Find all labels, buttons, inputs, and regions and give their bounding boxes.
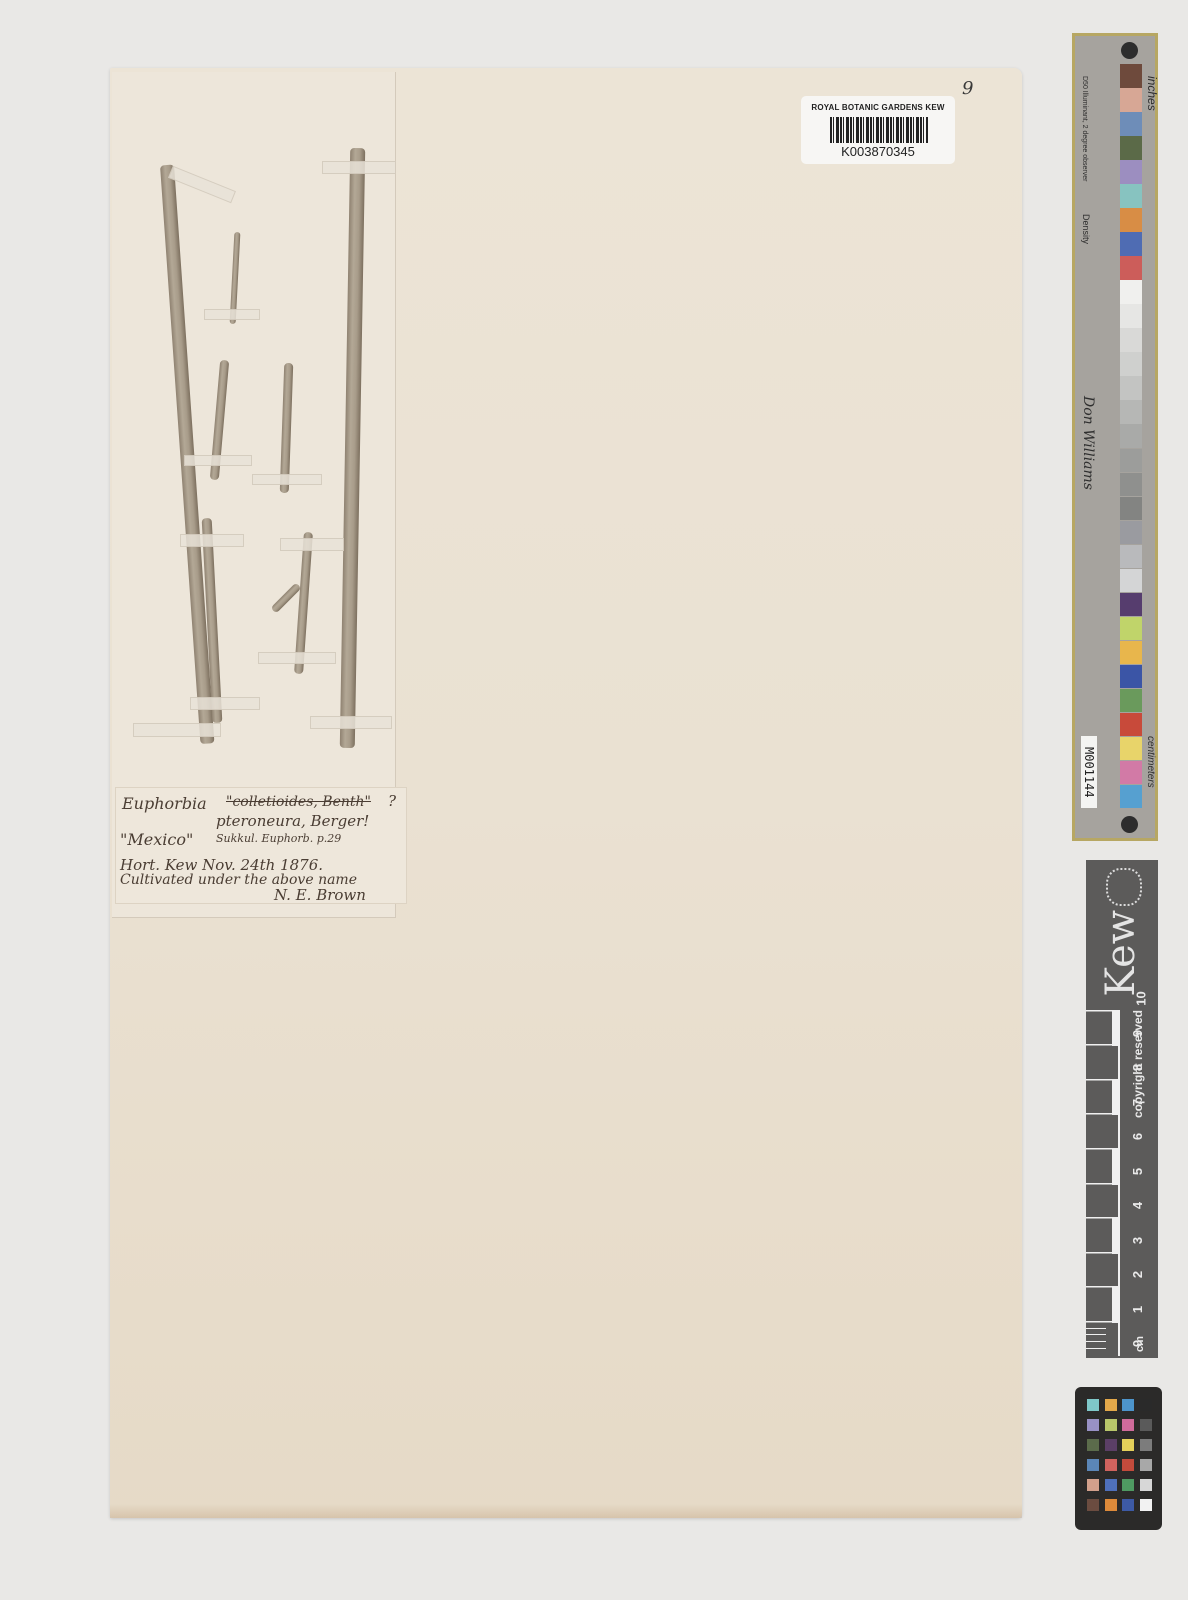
ruler-bottom-label: centimeters [1145, 736, 1156, 788]
color-swatch [1120, 761, 1142, 785]
cm-tick-label: 5 [1130, 1167, 1145, 1174]
color-swatch [1120, 280, 1142, 304]
color-checker-cell [1087, 1419, 1099, 1431]
kew-scale-bar: Kew copyright reserved 012345678910 cm [1086, 860, 1158, 1358]
color-swatch [1120, 521, 1142, 545]
color-checker-cell [1122, 1419, 1134, 1431]
cm-tick-label: 1 [1130, 1305, 1145, 1312]
color-swatch [1120, 593, 1142, 617]
tape [180, 534, 244, 547]
color-swatch [1120, 304, 1142, 328]
color-swatch [1120, 352, 1142, 376]
color-swatch [1120, 449, 1142, 473]
tape [133, 723, 221, 737]
epithet-text: pteroneura, Berger! [216, 812, 369, 830]
color-checker-cell [1105, 1419, 1117, 1431]
color-checker-cell [1140, 1499, 1152, 1511]
cm-tick-label: 4 [1130, 1202, 1145, 1209]
institution-name: ROYAL BOTANIC GARDENS KEW [801, 103, 955, 112]
color-swatch [1120, 689, 1142, 713]
color-swatch [1120, 328, 1142, 352]
color-swatch [1120, 545, 1142, 569]
ruler-hole-icon [1121, 816, 1138, 833]
cm-tick-label: 2 [1130, 1271, 1145, 1278]
color-checker-cell [1087, 1499, 1099, 1511]
color-checker-cell [1140, 1439, 1152, 1451]
color-checker-cell [1122, 1479, 1134, 1491]
color-ruler: inches D50 Illuminant, 2 degree observer… [1072, 33, 1158, 841]
color-swatch [1120, 256, 1142, 280]
cm-unit-label: cm [1134, 1336, 1146, 1352]
reference-text: Sukkul. Euphorb. p.29 [216, 832, 341, 845]
query-mark: ? [388, 792, 396, 810]
color-swatch [1120, 232, 1142, 256]
tape [190, 697, 260, 710]
handwritten-label: Euphorbia "colletioides, Benth" ? pteron… [115, 787, 407, 904]
tape [204, 309, 260, 320]
color-swatch [1120, 497, 1142, 521]
ruler-density-label: Density [1081, 214, 1091, 244]
color-swatch [1120, 617, 1142, 641]
color-checker-cell [1140, 1459, 1152, 1471]
cm-tick-label: 8 [1130, 1064, 1145, 1071]
color-swatch [1120, 713, 1142, 737]
tape [184, 455, 252, 466]
kew-logo: Kew [1098, 910, 1144, 997]
cm-tick-label: 10 [1134, 991, 1149, 1005]
color-swatch [1120, 64, 1142, 88]
tape [322, 161, 396, 174]
color-checker-cell [1087, 1399, 1099, 1411]
tape [258, 652, 336, 664]
ruler-top-label: inches [1145, 76, 1159, 111]
color-checker-cell [1087, 1459, 1099, 1471]
color-checker-cell [1122, 1499, 1134, 1511]
kew-crest-icon [1106, 868, 1142, 906]
color-swatch [1120, 785, 1142, 809]
cm-tick-label: 6 [1130, 1133, 1145, 1140]
color-checker-cell [1140, 1399, 1152, 1411]
color-checker-card [1075, 1387, 1162, 1530]
collector-text: N. E. Brown [274, 886, 366, 904]
cm-scale-icon [1086, 1010, 1120, 1356]
color-swatch [1120, 641, 1142, 665]
color-swatch [1120, 208, 1142, 232]
color-checker-cell [1105, 1459, 1117, 1471]
barcode-label: ROYAL BOTANIC GARDENS KEW K003870345 [801, 96, 955, 164]
color-swatch [1120, 136, 1142, 160]
ruler-id-code: M001144 [1081, 736, 1097, 808]
ruler-side-text: D50 Illuminant, 2 degree observer [1081, 76, 1088, 181]
color-checker-cell [1140, 1419, 1152, 1431]
tape [252, 474, 322, 485]
color-swatch [1120, 88, 1142, 112]
cm-tick-label: 7 [1130, 1098, 1145, 1105]
color-checker-cell [1105, 1479, 1117, 1491]
color-swatch [1120, 376, 1142, 400]
color-swatch [1120, 473, 1142, 497]
color-checker-cell [1105, 1499, 1117, 1511]
color-checker-cell [1087, 1439, 1099, 1451]
tape [310, 716, 392, 729]
color-swatch [1120, 400, 1142, 424]
cm-tick-label: 3 [1130, 1236, 1145, 1243]
corner-mark: 9 [962, 78, 973, 99]
color-swatch [1120, 569, 1142, 593]
genus-text: Euphorbia [122, 794, 207, 813]
color-checker-cell [1122, 1459, 1134, 1471]
color-swatch [1120, 665, 1142, 689]
barcode-number: K003870345 [801, 144, 955, 159]
color-checker-cell [1122, 1399, 1134, 1411]
ruler-brand: Don Williams [1080, 396, 1096, 490]
ruler-hole-icon [1121, 42, 1138, 59]
color-checker-cell [1105, 1439, 1117, 1451]
locality-text: "Mexico" [120, 830, 193, 849]
color-swatch [1120, 737, 1142, 761]
barcode-icon [830, 117, 928, 143]
color-swatch [1120, 160, 1142, 184]
color-checker-cell [1087, 1479, 1099, 1491]
color-swatch [1120, 184, 1142, 208]
color-checker-cell [1140, 1479, 1152, 1491]
color-checker-cell [1105, 1399, 1117, 1411]
tape [280, 538, 344, 551]
color-swatch [1120, 424, 1142, 448]
color-swatch [1120, 112, 1142, 136]
cm-tick-label: 9 [1130, 1029, 1145, 1036]
color-checker-cell [1122, 1439, 1134, 1451]
struck-epithet-text: "colletioides, Benth" [226, 794, 371, 810]
